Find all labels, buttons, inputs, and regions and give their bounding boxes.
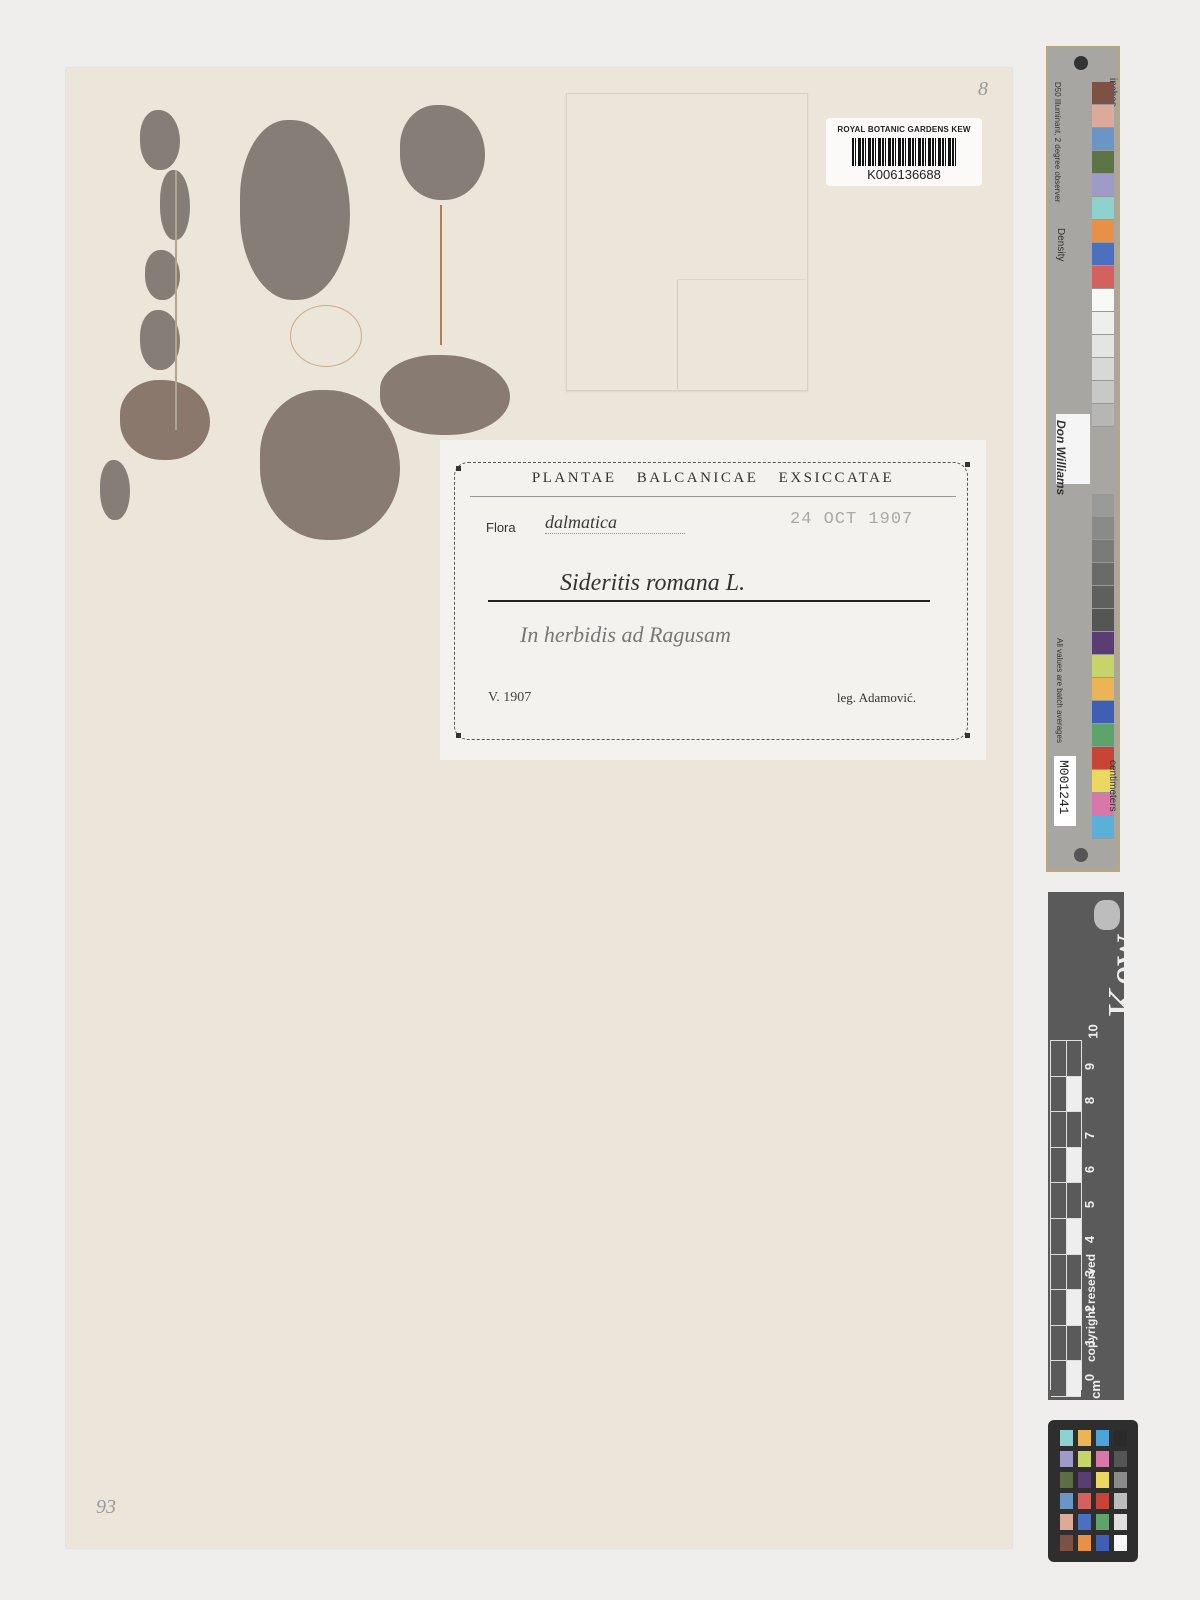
plant-specimen-right bbox=[380, 105, 520, 445]
color-swatch bbox=[1092, 563, 1114, 586]
color-swatch bbox=[1092, 609, 1114, 632]
ruler-id: M001241 bbox=[1054, 756, 1076, 826]
color-chip bbox=[1060, 1451, 1073, 1467]
color-chip bbox=[1096, 1514, 1109, 1530]
color-chip bbox=[1114, 1430, 1127, 1446]
scale-tick-label: 5 bbox=[1082, 1201, 1097, 1208]
color-swatch bbox=[1092, 678, 1114, 701]
color-swatch bbox=[1092, 174, 1114, 197]
scale-tick-label: 7 bbox=[1082, 1132, 1097, 1139]
color-chip bbox=[1078, 1514, 1091, 1530]
color-chip bbox=[1060, 1493, 1073, 1509]
color-swatch bbox=[1092, 381, 1114, 404]
institution-name: ROYAL BOTANIC GARDENS KEW bbox=[826, 125, 982, 134]
color-swatch bbox=[1092, 128, 1114, 151]
color-chip bbox=[1078, 1535, 1091, 1551]
color-swatch bbox=[1092, 197, 1114, 220]
scale-grid bbox=[1050, 1040, 1082, 1390]
collector: leg. Adamović. bbox=[837, 690, 916, 706]
color-chip bbox=[1096, 1430, 1109, 1446]
color-swatch bbox=[1092, 701, 1114, 724]
batch-note: All values are batch averages bbox=[1055, 638, 1064, 743]
color-swatch bbox=[1092, 517, 1114, 540]
color-swatch bbox=[1092, 289, 1114, 312]
barcode bbox=[852, 138, 956, 166]
color-swatch bbox=[1092, 404, 1114, 427]
scale-tick-label: 6 bbox=[1082, 1166, 1097, 1173]
ruler-brand: Don Williams bbox=[1054, 420, 1068, 495]
unit-label: cm bbox=[1088, 1380, 1103, 1399]
date-stamp: 24 OCT 1907 bbox=[790, 510, 913, 529]
color-chip bbox=[1114, 1514, 1127, 1530]
scale-tick-label: 8 bbox=[1082, 1097, 1097, 1104]
color-swatch bbox=[1092, 82, 1114, 105]
scale-tick-label: 4 bbox=[1082, 1235, 1097, 1242]
color-swatch bbox=[1092, 266, 1114, 289]
color-chip bbox=[1114, 1535, 1127, 1551]
kew-crest-icon bbox=[1094, 900, 1120, 930]
density-label: Density bbox=[1055, 228, 1066, 261]
kew-logo: Kew bbox=[1098, 934, 1149, 1017]
collection-date: V. 1907 bbox=[488, 690, 531, 706]
color-chip bbox=[1114, 1472, 1127, 1488]
color-chip bbox=[1114, 1493, 1127, 1509]
color-chip bbox=[1096, 1493, 1109, 1509]
color-swatch bbox=[1092, 335, 1114, 358]
flora-value: dalmatica bbox=[545, 512, 685, 534]
color-swatch bbox=[1092, 312, 1114, 335]
color-chip bbox=[1060, 1514, 1073, 1530]
color-swatch bbox=[1092, 105, 1114, 128]
color-chip bbox=[1096, 1472, 1109, 1488]
color-chip bbox=[1060, 1430, 1073, 1446]
scale-tick-label: 10 bbox=[1086, 1024, 1101, 1038]
illuminant-note: D50 Illuminant, 2 degree observer bbox=[1053, 82, 1062, 203]
specimen-label: PLANTAE BALCANICAE EXSICCATAE Flora dalm… bbox=[440, 440, 986, 760]
color-chip bbox=[1096, 1451, 1109, 1467]
color-chip bbox=[1060, 1535, 1073, 1551]
scale-tick-label: 1 bbox=[1082, 1339, 1097, 1346]
barcode-label: ROYAL BOTANIC GARDENS KEW K006136688 bbox=[826, 118, 982, 186]
scale-tick-label: 3 bbox=[1082, 1270, 1097, 1277]
color-swatch bbox=[1092, 220, 1114, 243]
color-chip bbox=[1078, 1472, 1091, 1488]
pencil-note-bottom-left: 93 bbox=[96, 1496, 116, 1519]
color-swatch bbox=[1092, 540, 1114, 563]
label-title: PLANTAE BALCANICAE EXSICCATAE bbox=[440, 470, 986, 487]
color-checker-card bbox=[1048, 1420, 1138, 1562]
color-chip bbox=[1078, 1430, 1091, 1446]
scale-tick-label: 2 bbox=[1082, 1305, 1097, 1312]
color-chip bbox=[1096, 1535, 1109, 1551]
centimeters-label: centimeters bbox=[1107, 760, 1118, 812]
color-swatch bbox=[1092, 655, 1114, 678]
barcode-number: K006136688 bbox=[826, 167, 982, 182]
color-calibration-ruler: inches D50 Illuminant, 2 degree observer… bbox=[1046, 46, 1120, 872]
fragment-envelope bbox=[566, 93, 808, 391]
plant-specimen-left bbox=[100, 110, 220, 530]
pencil-note-top-right: 8 bbox=[978, 78, 988, 101]
color-swatch bbox=[1092, 632, 1114, 655]
kew-scale-bar: Kew copyright reserved 012345678910cm bbox=[1048, 892, 1124, 1400]
color-swatch bbox=[1092, 151, 1114, 174]
color-chip bbox=[1078, 1451, 1091, 1467]
scale-tick-label: 9 bbox=[1082, 1062, 1097, 1069]
color-swatch bbox=[1092, 724, 1114, 747]
swatch-column-top bbox=[1092, 82, 1114, 427]
color-swatch bbox=[1092, 816, 1114, 839]
color-swatch bbox=[1092, 243, 1114, 266]
color-chip bbox=[1114, 1451, 1127, 1467]
flora-label: Flora bbox=[486, 520, 516, 535]
color-swatch bbox=[1092, 358, 1114, 381]
locality: In herbidis ad Ragusam bbox=[520, 622, 731, 648]
species-name: Sideritis romana L. bbox=[560, 570, 745, 597]
color-chip bbox=[1078, 1493, 1091, 1509]
color-swatch bbox=[1092, 494, 1114, 517]
color-swatch bbox=[1092, 586, 1114, 609]
color-chip bbox=[1060, 1472, 1073, 1488]
